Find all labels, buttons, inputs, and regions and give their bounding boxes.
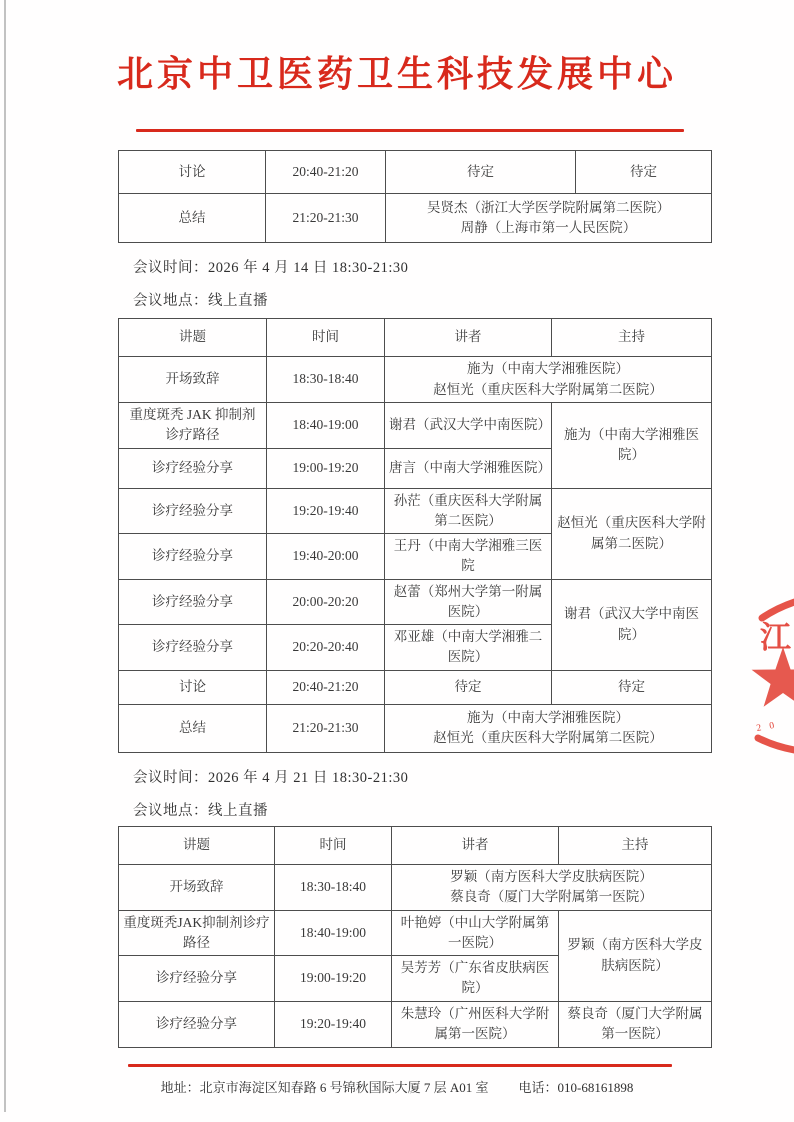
cell-time: 21:20-21:30 bbox=[266, 194, 386, 243]
header-speaker: 讲者 bbox=[392, 827, 559, 865]
cell-speaker: 待定 bbox=[386, 151, 576, 194]
meeting-time-line: 会议时间：2026 年 4 月 21 日 18:30-21:30 bbox=[133, 766, 408, 787]
speaker-line: 罗颖（南方医科大学皮肤病医院） bbox=[396, 867, 707, 887]
session1-schedule-table: 讲题 时间 讲者 主持 开场致辞 18:30-18:40 施为（中南大学湘雅医院… bbox=[118, 318, 712, 753]
speaker-line: 施为（中南大学湘雅医院） bbox=[389, 359, 707, 379]
cell-time: 18:40-19:00 bbox=[267, 403, 385, 449]
table-row: 总结 21:20-21:30 吴贤杰（浙江大学医学院附属第二医院） 周静（上海市… bbox=[119, 194, 712, 243]
cell-speaker-host: 吴贤杰（浙江大学医学院附属第二医院） 周静（上海市第一人民医院） bbox=[386, 194, 712, 243]
cell-topic: 讨论 bbox=[119, 151, 266, 194]
cell-topic: 总结 bbox=[119, 704, 267, 752]
cell-topic: 诊疗经验分享 bbox=[119, 579, 267, 625]
cell-time: 19:20-19:40 bbox=[267, 488, 385, 534]
table-row: 讨论 20:40-21:20 待定 待定 bbox=[119, 670, 712, 704]
seal-year-digits: 2 0 bbox=[756, 720, 778, 733]
cell-speaker: 孙茫（重庆医科大学附属第二医院） bbox=[385, 488, 552, 534]
speaker-line: 蔡良奇（厦门大学附属第一医院） bbox=[396, 887, 707, 907]
cell-topic: 诊疗经验分享 bbox=[119, 488, 267, 534]
table-row: 讨论 20:40-21:20 待定 待定 bbox=[119, 151, 712, 194]
seal-star-icon bbox=[752, 647, 794, 707]
title-rule bbox=[136, 129, 684, 132]
cell-speaker-host: 罗颖（南方医科大学皮肤病医院） 蔡良奇（厦门大学附属第一医院） bbox=[392, 865, 712, 911]
cell-topic: 重度斑秃 JAK 抑制剂诊疗路径 bbox=[119, 403, 267, 449]
cell-topic: 诊疗经验分享 bbox=[119, 956, 275, 1002]
header-time: 时间 bbox=[275, 827, 392, 865]
header-topic: 讲题 bbox=[119, 827, 275, 865]
cell-time: 20:00-20:20 bbox=[267, 579, 385, 625]
meeting-place-line: 会议地点：线上直播 bbox=[133, 799, 268, 820]
cell-time: 19:00-19:20 bbox=[267, 448, 385, 488]
cell-speaker: 叶艳婷（中山大学附属第一医院） bbox=[392, 910, 559, 956]
cell-speaker: 王丹（中南大学湘雅三医院 bbox=[385, 534, 552, 580]
cell-time: 20:40-21:20 bbox=[267, 670, 385, 704]
cell-speaker: 赵蕾（郑州大学第一附属医院） bbox=[385, 579, 552, 625]
seal-arc-top bbox=[762, 592, 794, 618]
footer-address: 地址：北京市海淀区知春路 6 号锦秋国际大厦 7 层 A01 室 bbox=[161, 1080, 489, 1095]
header-host: 主持 bbox=[552, 319, 712, 357]
seal-arc-bottom bbox=[758, 738, 794, 752]
cell-host: 谢君（武汉大学中南医院） bbox=[552, 579, 712, 670]
cell-time: 19:40-20:00 bbox=[267, 534, 385, 580]
cell-topic: 讨论 bbox=[119, 670, 267, 704]
cell-speaker: 谢君（武汉大学中南医院） bbox=[385, 403, 552, 449]
cell-host: 施为（中南大学湘雅医院） bbox=[552, 403, 712, 489]
cell-host: 待定 bbox=[576, 151, 712, 194]
cell-topic: 总结 bbox=[119, 194, 266, 243]
table-row: 诊疗经验分享 19:20-19:40 孙茫（重庆医科大学附属第二医院） 赵恒光（… bbox=[119, 488, 712, 534]
table-row: 开场致辞 18:30-18:40 施为（中南大学湘雅医院） 赵恒光（重庆医科大学… bbox=[119, 357, 712, 403]
cell-topic: 诊疗经验分享 bbox=[119, 534, 267, 580]
cell-speaker: 邓亚雄（中南大学湘雅二医院） bbox=[385, 625, 552, 671]
table-row: 重度斑秃JAK抑制剂诊疗路径 18:40-19:00 叶艳婷（中山大学附属第一医… bbox=[119, 910, 712, 956]
cell-time: 18:30-18:40 bbox=[275, 865, 392, 911]
cell-speaker: 待定 bbox=[385, 670, 552, 704]
cell-topic: 重度斑秃JAK抑制剂诊疗路径 bbox=[119, 910, 275, 956]
cell-topic: 诊疗经验分享 bbox=[119, 625, 267, 671]
footer-line: 地址：北京市海淀区知春路 6 号锦秋国际大厦 7 层 A01 室电话：010-6… bbox=[0, 1077, 794, 1096]
org-title: 北京中卫医药卫生科技发展中心 bbox=[0, 46, 794, 97]
meeting-place-line: 会议地点：线上直播 bbox=[133, 289, 268, 310]
cell-host: 罗颖（南方医科大学皮肤病医院） bbox=[559, 910, 712, 1001]
footer-phone: 电话：010-68161898 bbox=[519, 1080, 634, 1095]
header-topic: 讲题 bbox=[119, 319, 267, 357]
table-row: 诊疗经验分享 20:00-20:20 赵蕾（郑州大学第一附属医院） 谢君（武汉大… bbox=[119, 579, 712, 625]
header-host: 主持 bbox=[559, 827, 712, 865]
cell-speaker: 朱慧玲（广州医科大学附属第一医院） bbox=[392, 1001, 559, 1047]
cell-topic: 开场致辞 bbox=[119, 357, 267, 403]
speaker-line: 周静（上海市第一人民医院） bbox=[390, 218, 707, 238]
cell-time: 19:00-19:20 bbox=[275, 956, 392, 1002]
cell-speaker-host: 施为（中南大学湘雅医院） 赵恒光（重庆医科大学附属第二医院） bbox=[385, 704, 712, 752]
table-row: 开场致辞 18:30-18:40 罗颖（南方医科大学皮肤病医院） 蔡良奇（厦门大… bbox=[119, 865, 712, 911]
header-speaker: 讲者 bbox=[385, 319, 552, 357]
speaker-line: 赵恒光（重庆医科大学附属第二医院） bbox=[389, 380, 707, 400]
table-header-row: 讲题 时间 讲者 主持 bbox=[119, 827, 712, 865]
document-page: 北京中卫医药卫生科技发展中心 讨论 20:40-21:20 待定 待定 总结 2… bbox=[0, 0, 794, 1122]
cell-topic: 诊疗经验分享 bbox=[119, 448, 267, 488]
meeting-time-line: 会议时间：2026 年 4 月 14 日 18:30-21:30 bbox=[133, 256, 408, 277]
table-row: 总结 21:20-21:30 施为（中南大学湘雅医院） 赵恒光（重庆医科大学附属… bbox=[119, 704, 712, 752]
seal-partial-character: 江 bbox=[760, 620, 791, 655]
cell-speaker: 吴芳芳（广东省皮肤病医院） bbox=[392, 956, 559, 1002]
cell-time: 19:20-19:40 bbox=[275, 1001, 392, 1047]
table-row: 诊疗经验分享 19:20-19:40 朱慧玲（广州医科大学附属第一医院） 蔡良奇… bbox=[119, 1001, 712, 1047]
footer-rule bbox=[128, 1064, 672, 1067]
header-time: 时间 bbox=[267, 319, 385, 357]
cell-host: 待定 bbox=[552, 670, 712, 704]
speaker-line: 施为（中南大学湘雅医院） bbox=[389, 708, 707, 728]
schedule-table-continuation: 讨论 20:40-21:20 待定 待定 总结 21:20-21:30 吴贤杰（… bbox=[118, 150, 712, 243]
cell-topic: 开场致辞 bbox=[119, 865, 275, 911]
cell-time: 20:40-21:20 bbox=[266, 151, 386, 194]
cell-topic: 诊疗经验分享 bbox=[119, 1001, 275, 1047]
cell-time: 20:20-20:40 bbox=[267, 625, 385, 671]
table-header-row: 讲题 时间 讲者 主持 bbox=[119, 319, 712, 357]
speaker-line: 赵恒光（重庆医科大学附属第二医院） bbox=[389, 728, 707, 748]
cell-host: 赵恒光（重庆医科大学附属第二医院） bbox=[552, 488, 712, 579]
cell-time: 18:30-18:40 bbox=[267, 357, 385, 403]
table-row: 重度斑秃 JAK 抑制剂诊疗路径 18:40-19:00 谢君（武汉大学中南医院… bbox=[119, 403, 712, 449]
cell-speaker: 唐言（中南大学湘雅医院） bbox=[385, 448, 552, 488]
official-seal-partial: 江 2 0 bbox=[746, 578, 794, 760]
cell-speaker-host: 施为（中南大学湘雅医院） 赵恒光（重庆医科大学附属第二医院） bbox=[385, 357, 712, 403]
session2-schedule-table: 讲题 时间 讲者 主持 开场致辞 18:30-18:40 罗颖（南方医科大学皮肤… bbox=[118, 826, 712, 1048]
scan-edge-artifact bbox=[4, 0, 6, 1112]
cell-time: 18:40-19:00 bbox=[275, 910, 392, 956]
speaker-line: 吴贤杰（浙江大学医学院附属第二医院） bbox=[390, 198, 707, 218]
cell-host: 蔡良奇（厦门大学附属第一医院） bbox=[559, 1001, 712, 1047]
cell-time: 21:20-21:30 bbox=[267, 704, 385, 752]
